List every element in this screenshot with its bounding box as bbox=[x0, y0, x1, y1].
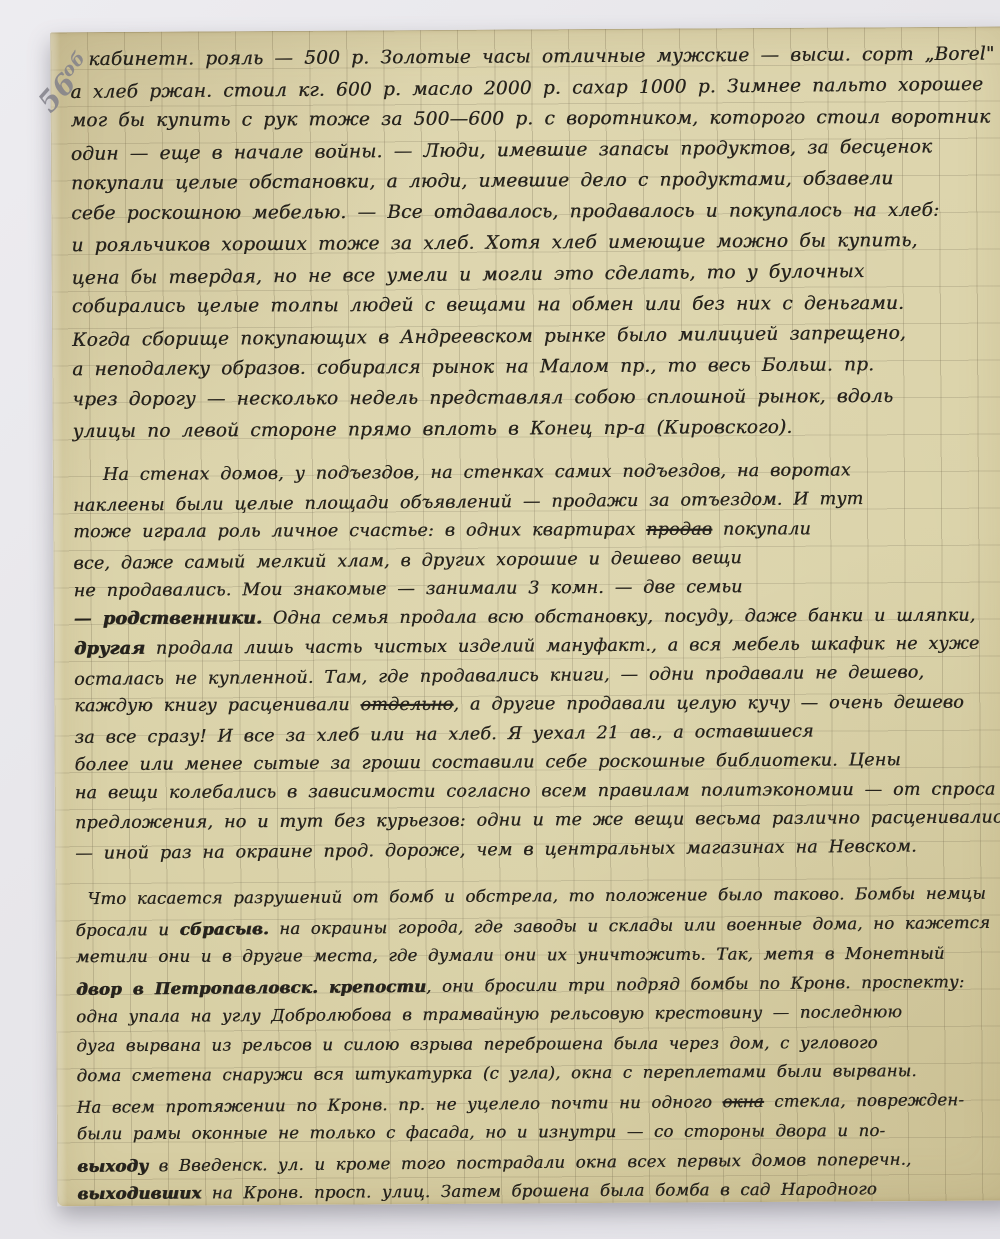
handwritten-line: на вещи колебались в зависимости согласн… bbox=[75, 776, 1000, 809]
handwritten-line: собирались целые толпы людей с вещами на… bbox=[72, 288, 1000, 323]
handwritten-line: — родственники. Одна семья продала всю о… bbox=[74, 602, 1000, 635]
paragraph-prices-and-barter: кабинетн. рояль — 500 р. Золотые часы от… bbox=[70, 39, 1000, 448]
paragraph-sales-announcements: На стенах домов, у подъездов, на стенках… bbox=[73, 456, 1000, 868]
handwritten-line: улицы по левой стороне прямо вплоть в Ко… bbox=[72, 411, 1000, 448]
paragraph-bomb-damage: Что касается разрушений от бомб и обстре… bbox=[75, 879, 1000, 1209]
handwritten-text-column: кабинетн. рояль — 500 р. Золотые часы от… bbox=[70, 39, 1000, 1209]
handwritten-line: дуга вырвана из рельсов и силою взрыва п… bbox=[76, 1027, 1000, 1060]
handwritten-line: метили они и в другие места, где думали … bbox=[76, 939, 1000, 972]
handwritten-line: — иной раз на окраине прод. дороже, чем … bbox=[75, 832, 1000, 869]
handwritten-line: были рамы оконные не только с фасада, но… bbox=[77, 1116, 1000, 1149]
handwritten-line: себе роскошною мебелью. — Все отдавалось… bbox=[71, 195, 1000, 230]
photo-backdrop: 56об кабинетн. рояль — 500 р. Золотые ча… bbox=[0, 0, 1000, 1239]
handwritten-line: мог бы купить с рук тоже за 500—600 р. с… bbox=[71, 102, 1000, 137]
manuscript-page: 56об кабинетн. рояль — 500 р. Золотые ча… bbox=[50, 26, 1000, 1206]
handwritten-line: чрез дорогу — несколько недель представл… bbox=[72, 381, 1000, 416]
